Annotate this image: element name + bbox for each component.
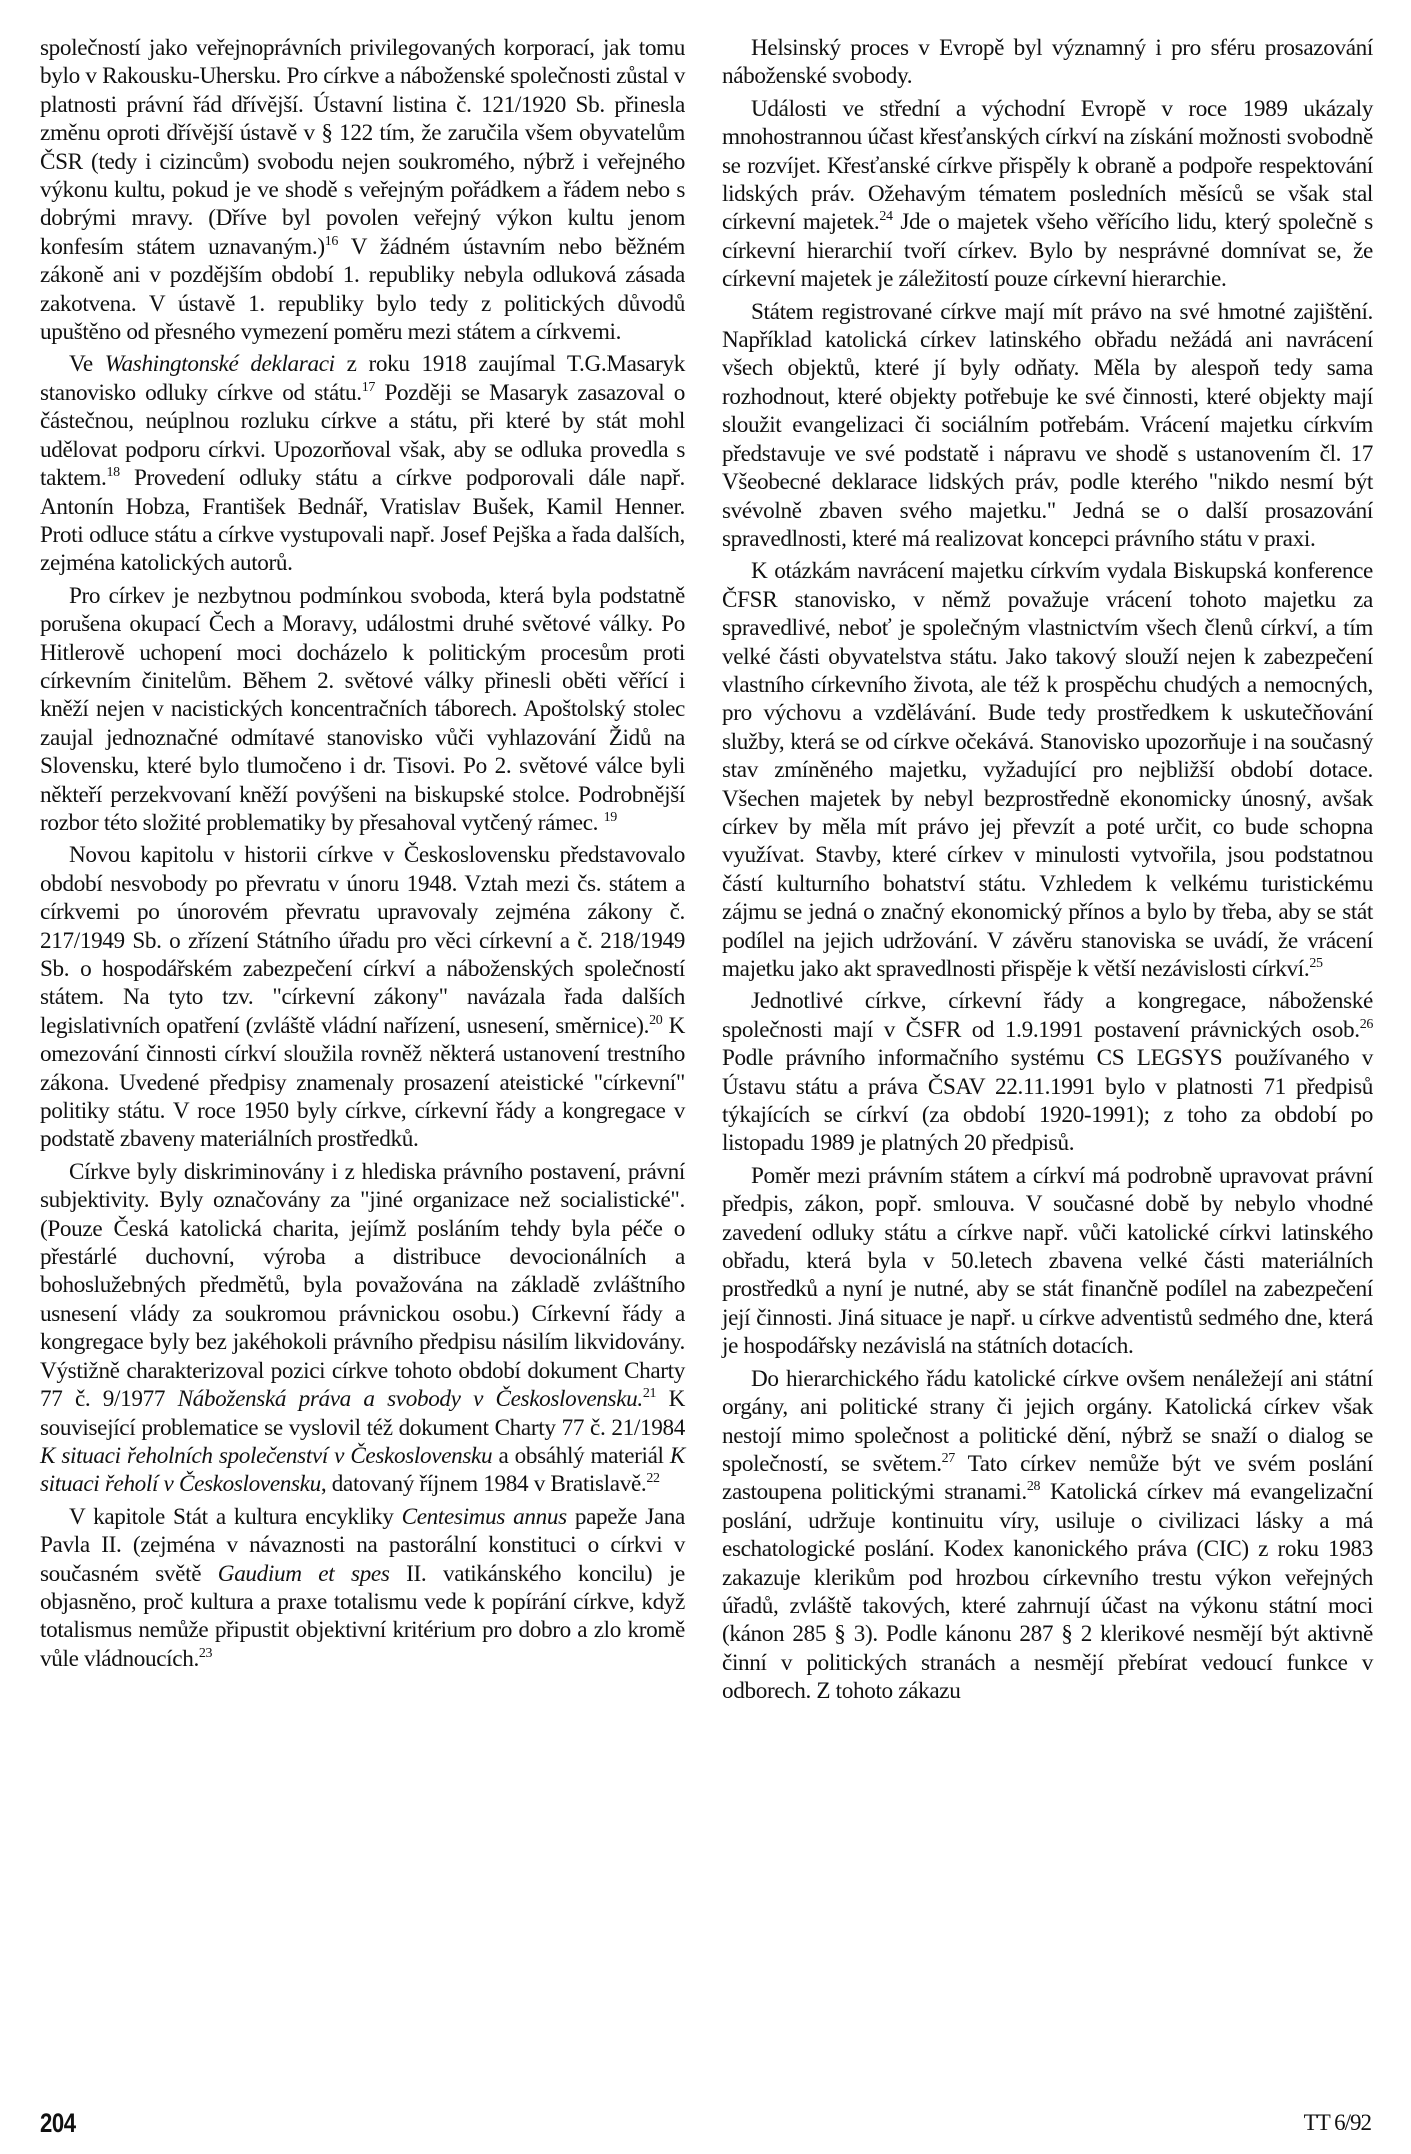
footnote-ref[interactable]: 24	[879, 209, 892, 224]
text: Poměr mezi právním státem a církví má po…	[722, 1163, 1373, 1359]
text: V kapitole Stát a kultura encykliky	[69, 1504, 402, 1530]
paragraph: Jednotlivé církve, církevní řády a kongr…	[722, 987, 1373, 1157]
text: Pro církev je nezbytnou podmínkou svobod…	[40, 583, 685, 836]
footnote-ref[interactable]: 20	[649, 1013, 662, 1028]
paragraph: Helsinský proces v Evropě byl významný i…	[722, 34, 1373, 91]
text: Ve	[69, 351, 105, 377]
italic-title: Gaudium et spes	[218, 1561, 390, 1587]
paragraph: Církve byly diskriminovány i z hlediska …	[40, 1158, 685, 1499]
footnote-ref[interactable]: 22	[646, 1471, 659, 1486]
footnote-ref[interactable]: 28	[1027, 1479, 1040, 1494]
left-column: společností jako veřejnoprávních privile…	[40, 34, 685, 1673]
page-number: 204	[40, 2108, 76, 2139]
italic-title: Washingtonské deklaraci	[105, 351, 335, 377]
text: Podle právního informačního systému CS L…	[722, 1045, 1373, 1156]
italic-title: Centesimus annus	[402, 1504, 567, 1530]
text: , datovaný říjnem 1984 v Bratislavě.	[321, 1471, 646, 1497]
paragraph: Poměr mezi právním státem a církví má po…	[722, 1162, 1373, 1361]
paragraph: společností jako veřejnoprávních privile…	[40, 34, 685, 346]
text: a obsáhlý materiál	[492, 1443, 670, 1469]
text: Církve byly diskriminovány i z hlediska …	[40, 1159, 685, 1412]
footnote-ref[interactable]: 17	[362, 380, 375, 395]
text: Novou kapitolu v historii církve v Česko…	[40, 842, 685, 1038]
paragraph: Ve Washingtonské deklaraci z roku 1918 z…	[40, 350, 685, 577]
issue-label: TT 6/92	[1304, 2110, 1371, 2136]
footnote-ref[interactable]: 23	[199, 1646, 212, 1661]
paragraph: Pro církev je nezbytnou podmínkou svobod…	[40, 582, 685, 838]
paragraph: K otázkám navrácení majetku církvím vyda…	[722, 557, 1373, 983]
footnote-ref[interactable]: 27	[942, 1451, 955, 1466]
italic-title: K situaci řeholních společenství v Česko…	[40, 1443, 492, 1469]
text: Helsinský proces v Evropě byl významný i…	[722, 35, 1373, 89]
italic-title: Náboženská práva a svobody v Českosloven…	[178, 1386, 643, 1412]
paragraph: Novou kapitolu v historii církve v Česko…	[40, 841, 685, 1153]
footnote-ref[interactable]: 16	[325, 234, 338, 249]
paragraph: Do hierarchického řádu katolické církve …	[722, 1365, 1373, 1706]
text: společností jako veřejnoprávních privile…	[40, 35, 685, 260]
footnote-ref[interactable]: 18	[106, 465, 119, 480]
footnote-ref[interactable]: 26	[1360, 1017, 1373, 1032]
footnote-ref[interactable]: 21	[643, 1386, 656, 1401]
paragraph: Státem registrované církve mají mít práv…	[722, 298, 1373, 554]
text: Jednotlivé církve, církevní řády a kongr…	[722, 988, 1373, 1042]
text: Státem registrované církve mají mít práv…	[722, 299, 1373, 552]
text: Provedení odluky státu a církve podporov…	[40, 465, 685, 576]
paragraph: V kapitole Stát a kultura encykliky Cent…	[40, 1503, 685, 1673]
footnote-ref[interactable]: 19	[604, 810, 617, 825]
text: Katolická církev má evangelizační poslán…	[722, 1479, 1373, 1704]
paragraph: Události ve střední a východní Evropě v …	[722, 95, 1373, 294]
footnote-ref[interactable]: 25	[1309, 956, 1322, 971]
text: K otázkám navrácení majetku církvím vyda…	[722, 558, 1373, 982]
right-column: Helsinský proces v Evropě byl významný i…	[722, 34, 1373, 1706]
